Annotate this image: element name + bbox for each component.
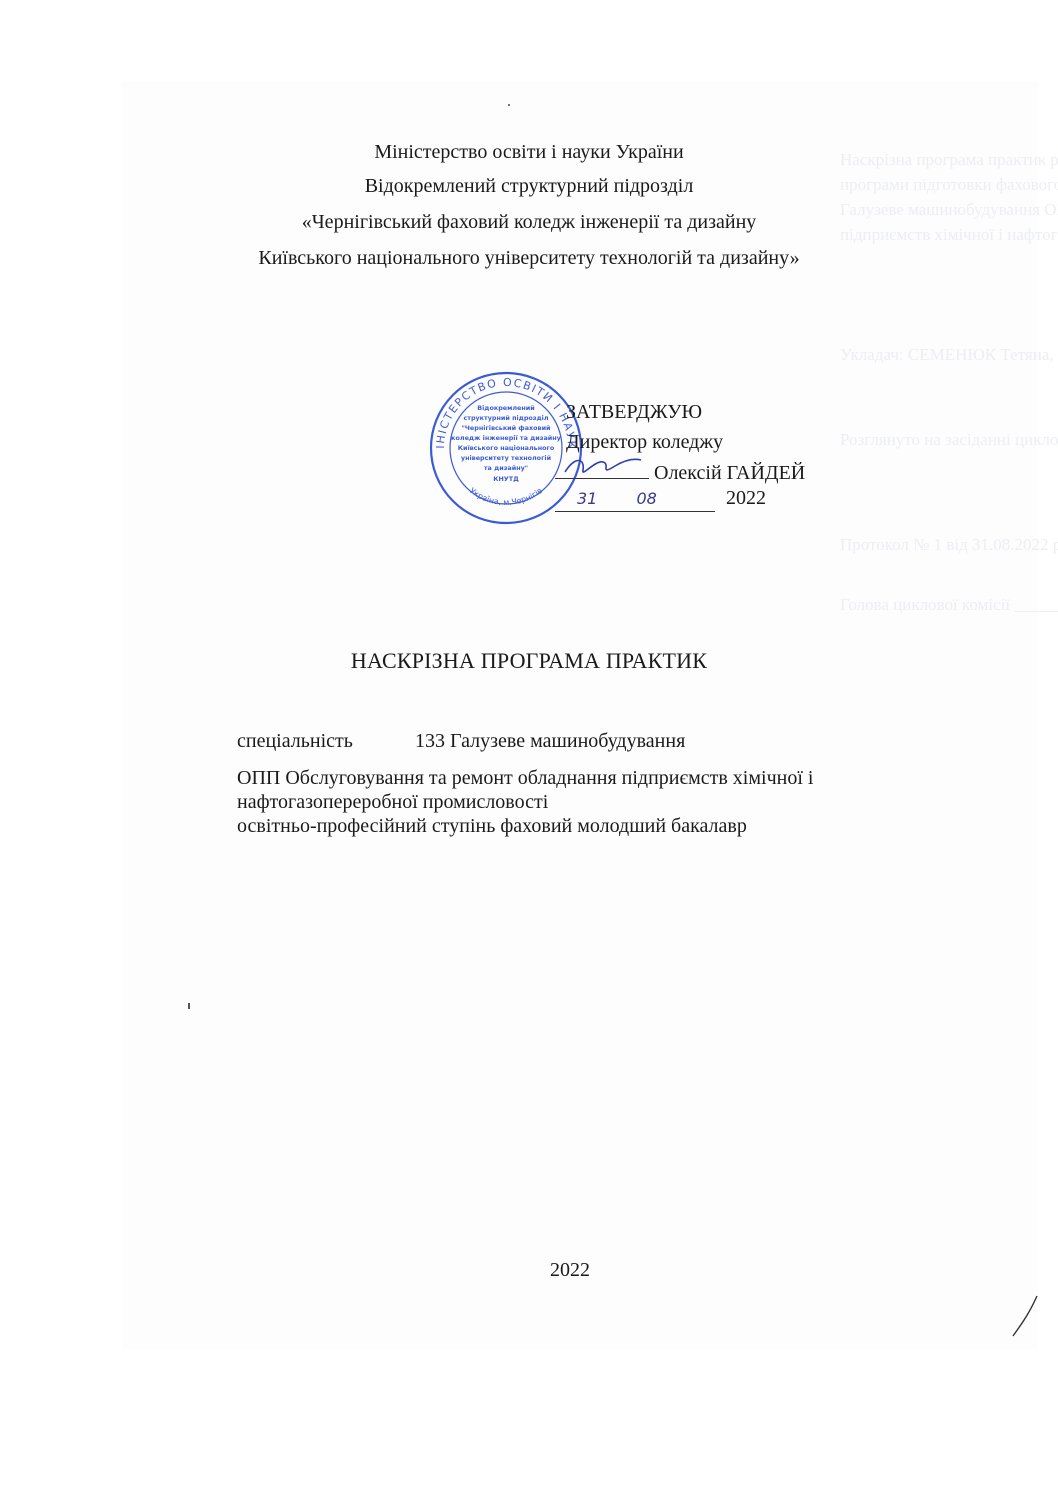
scan-speck (188, 1003, 190, 1009)
date-month: 08 (636, 489, 656, 508)
svg-text:університету технологій: університету технологій (461, 454, 551, 462)
svg-text:коледж інженерії та дизайну: коледж інженерії та дизайну (451, 434, 562, 442)
approval-label: ЗАТВЕРДЖУЮ (566, 400, 702, 424)
scan-speck (508, 104, 510, 106)
ministry-name: Міністерство освіти і науки України (0, 140, 1058, 164)
specialty-label: спеціальність (237, 729, 415, 753)
stamp-bottom-ring-text: Україна, м.Чернігів (468, 486, 544, 507)
bleed-through-text: Укладач: СЕМЕНЮК Тетяна, викладач спецди… (840, 345, 1058, 365)
svg-text:"Чернігівський фаховий: "Чернігівський фаховий (461, 424, 550, 432)
date-day: 31 (577, 489, 597, 508)
specialty-row: спеціальність133 Галузеве машинобудуванн… (237, 729, 685, 753)
svg-text:Київського національного: Київського національного (458, 444, 555, 452)
degree-line: освітньо-професійний ступінь фаховий мол… (237, 814, 747, 838)
college-name: «Чернігівський фаховий коледж інженерії … (0, 210, 1058, 234)
university-name: Київського національного університету те… (0, 246, 1058, 270)
program-line-1: ОПП Обслуговування та ремонт обладнання … (237, 766, 813, 790)
specialty-value: 133 Галузеве машинобудування (415, 730, 685, 752)
program-line-2: нафтогазопереробної промисловості (237, 790, 548, 814)
director-position: Директор коледжу (566, 430, 723, 454)
svg-text:структурний підрозділ: структурний підрозділ (463, 414, 548, 422)
scan-scratch-mark (1010, 1290, 1040, 1340)
bleed-through-text: Розглянуто на засіданні циклової комісії (840, 430, 1058, 450)
signature-row: Олексій ГАЙДЕЙ (555, 458, 805, 485)
svg-text:та дизайну": та дизайну" (484, 464, 528, 472)
document-year: 2022 (550, 1258, 590, 1282)
scanned-page (122, 81, 1038, 1349)
director-name: Олексій ГАЙДЕЙ (654, 462, 805, 484)
bleed-through-text: Голова циклової комісії ___________ Тетя… (840, 595, 1058, 615)
svg-text:Відокремлений: Відокремлений (477, 404, 534, 412)
date-line: 31 08 (555, 487, 715, 512)
subdivision-name: Відокремлений структурний підрозділ (0, 174, 1058, 198)
date-year: 2022 (726, 487, 766, 509)
document-title: НАСКРІЗНА ПРОГРАМА ПРАКТИК (0, 648, 1058, 674)
bleed-through-text: Протокол № 1 від 31.08.2022 р. (840, 535, 1058, 555)
signature-line (555, 458, 649, 479)
svg-text:Україна, м.Чернігів: Україна, м.Чернігів (468, 486, 544, 507)
svg-text:КНУТД: КНУТД (493, 475, 519, 483)
approval-date-row: 31 08 2022 (555, 486, 766, 512)
signature-icon (555, 454, 649, 478)
